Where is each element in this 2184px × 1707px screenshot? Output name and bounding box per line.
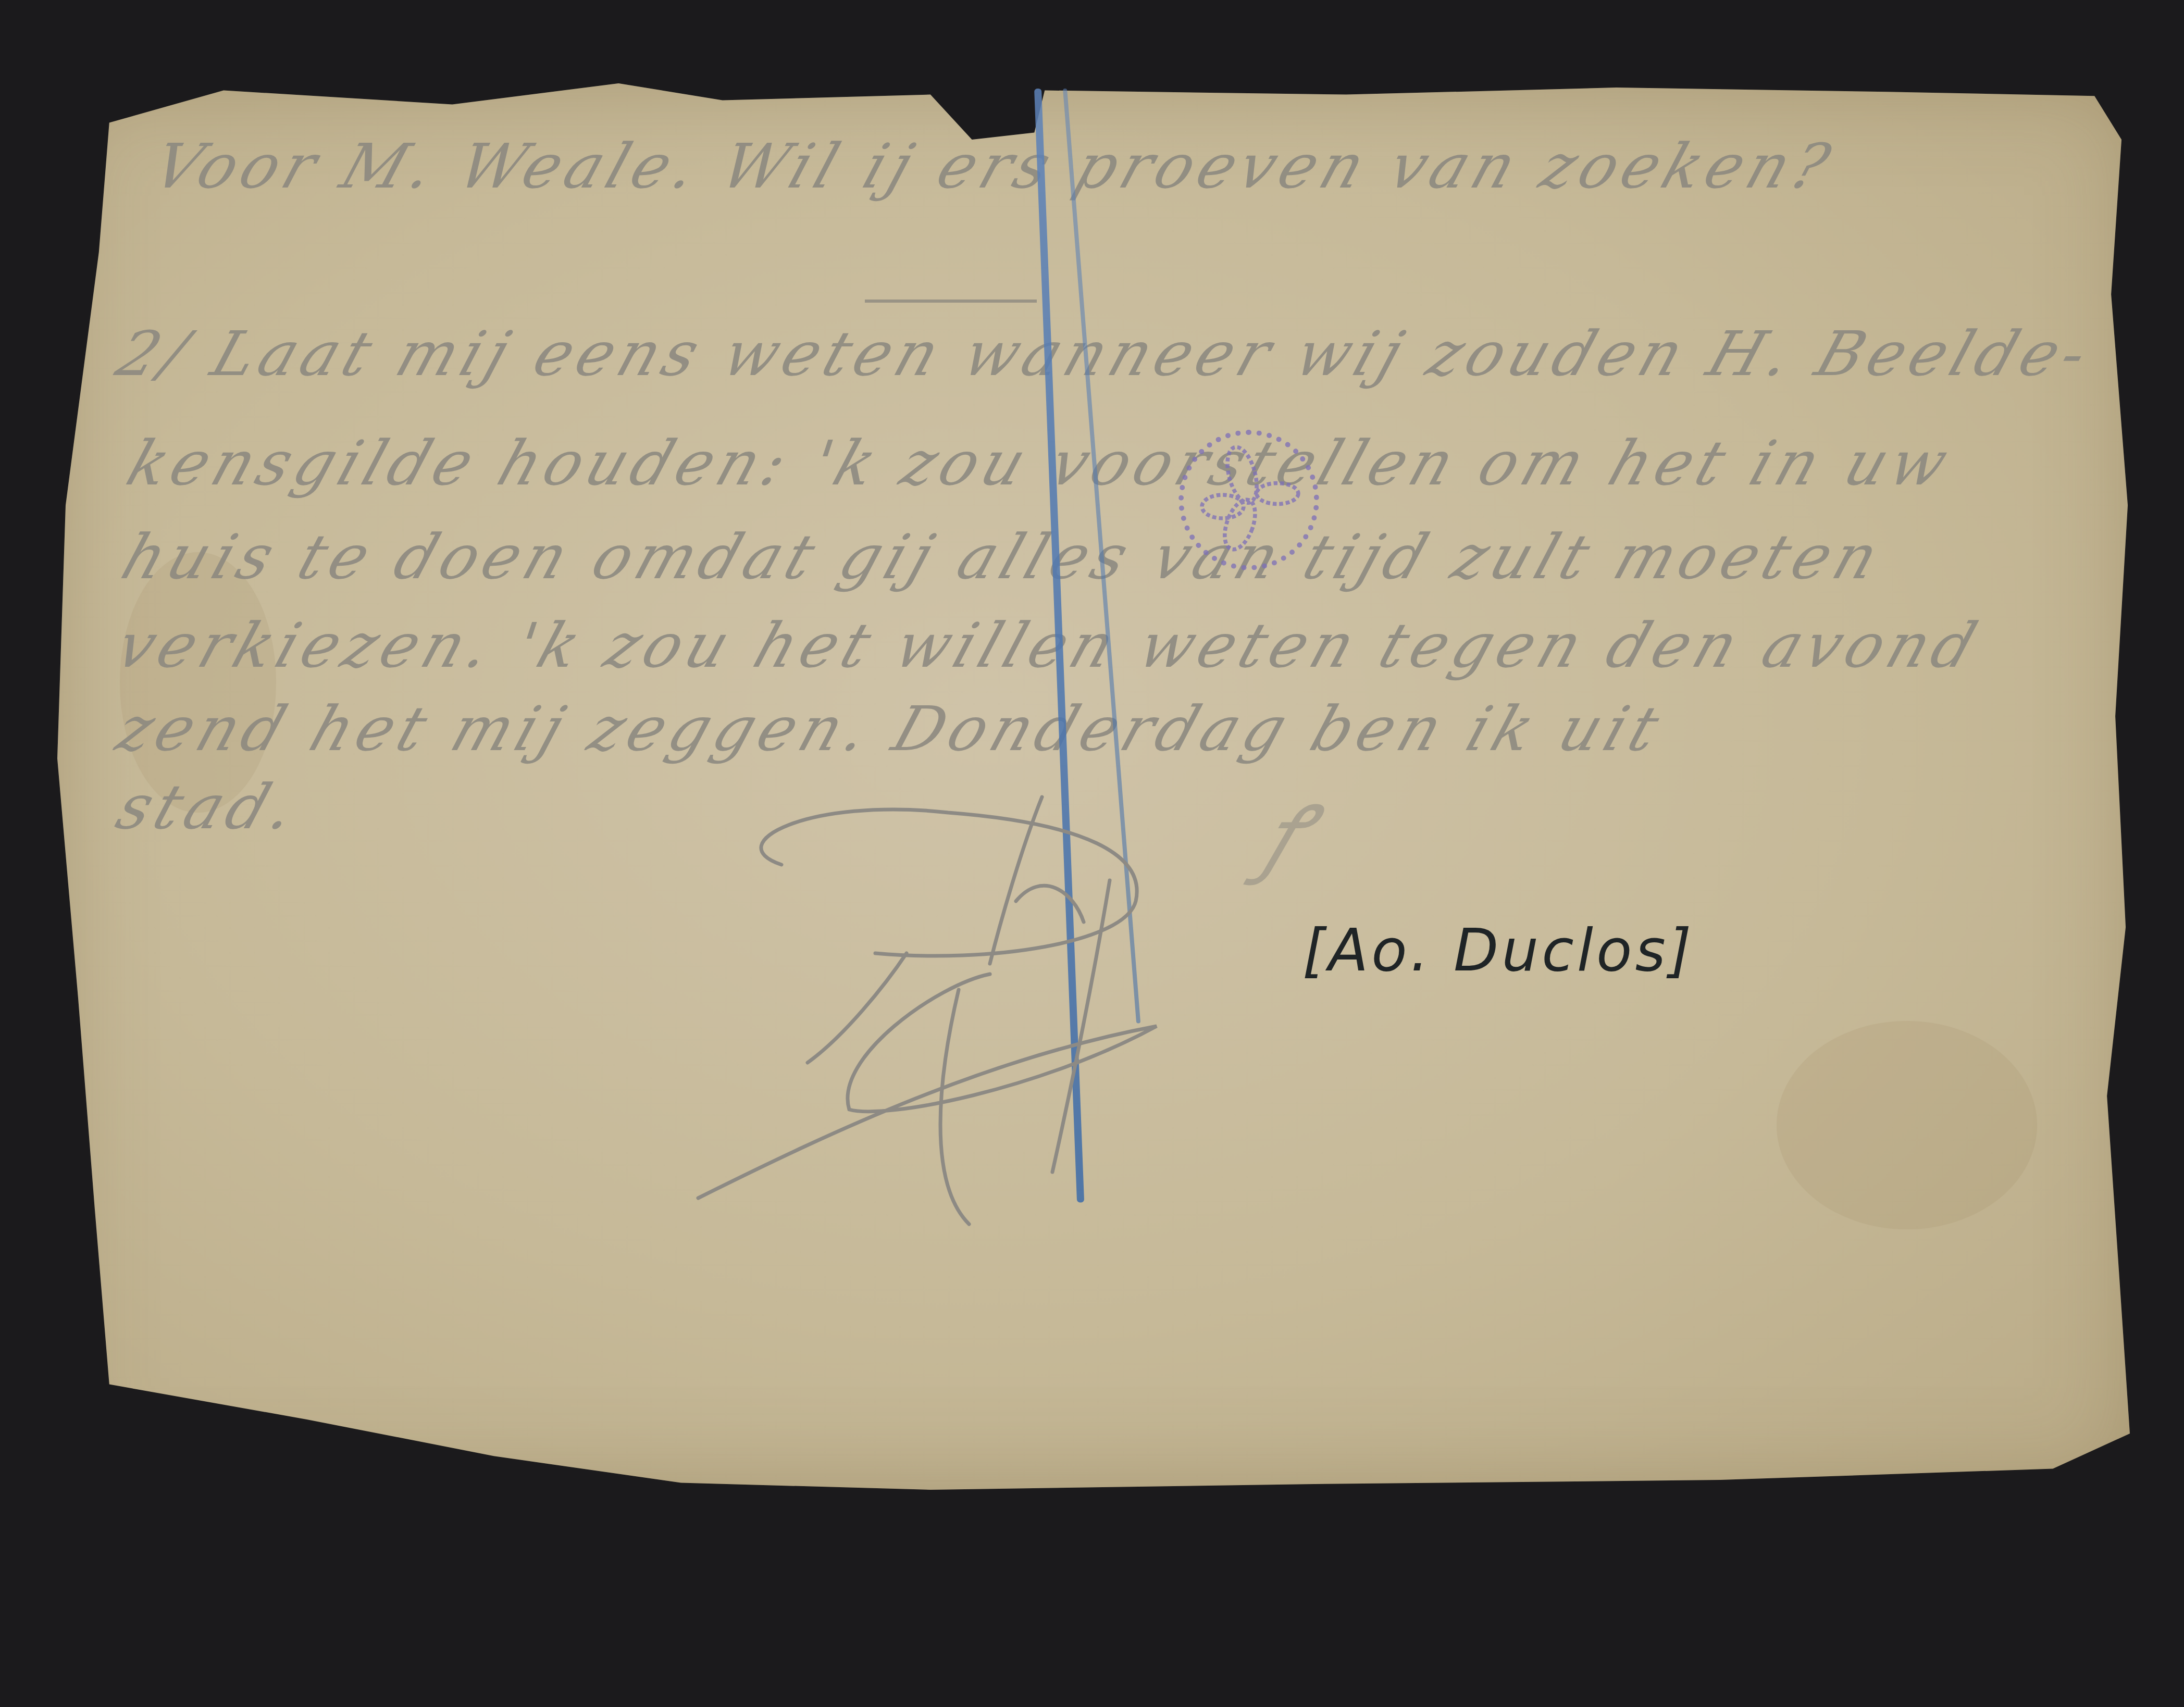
body-line-2: kensgilde houden: 'k zou voorstellen om … — [119, 427, 1962, 499]
body-line-4: verkiezen. 'k zou het willen weten tegen… — [108, 609, 1990, 681]
body-line-6: stad. — [108, 771, 309, 843]
dash-mark — [865, 300, 1037, 303]
stamp-icon — [1178, 430, 1319, 570]
archival-annotation: [Ao. Duclos] — [1302, 917, 1695, 985]
signature — [677, 766, 1329, 1235]
header-line: Voor M. Weale. Wil ij ers proeven van zo… — [145, 130, 1844, 202]
body-line-3: huis te doen omdat gij alles van tijd zu… — [114, 521, 1892, 593]
body-line-1: 2/ Laat mij eens weten wanneer wij zoude… — [108, 318, 2101, 390]
body-line-5: zend het mij zeggen. Donderdag ben ik ui… — [108, 693, 1673, 765]
paper-stain — [1777, 1021, 2037, 1229]
